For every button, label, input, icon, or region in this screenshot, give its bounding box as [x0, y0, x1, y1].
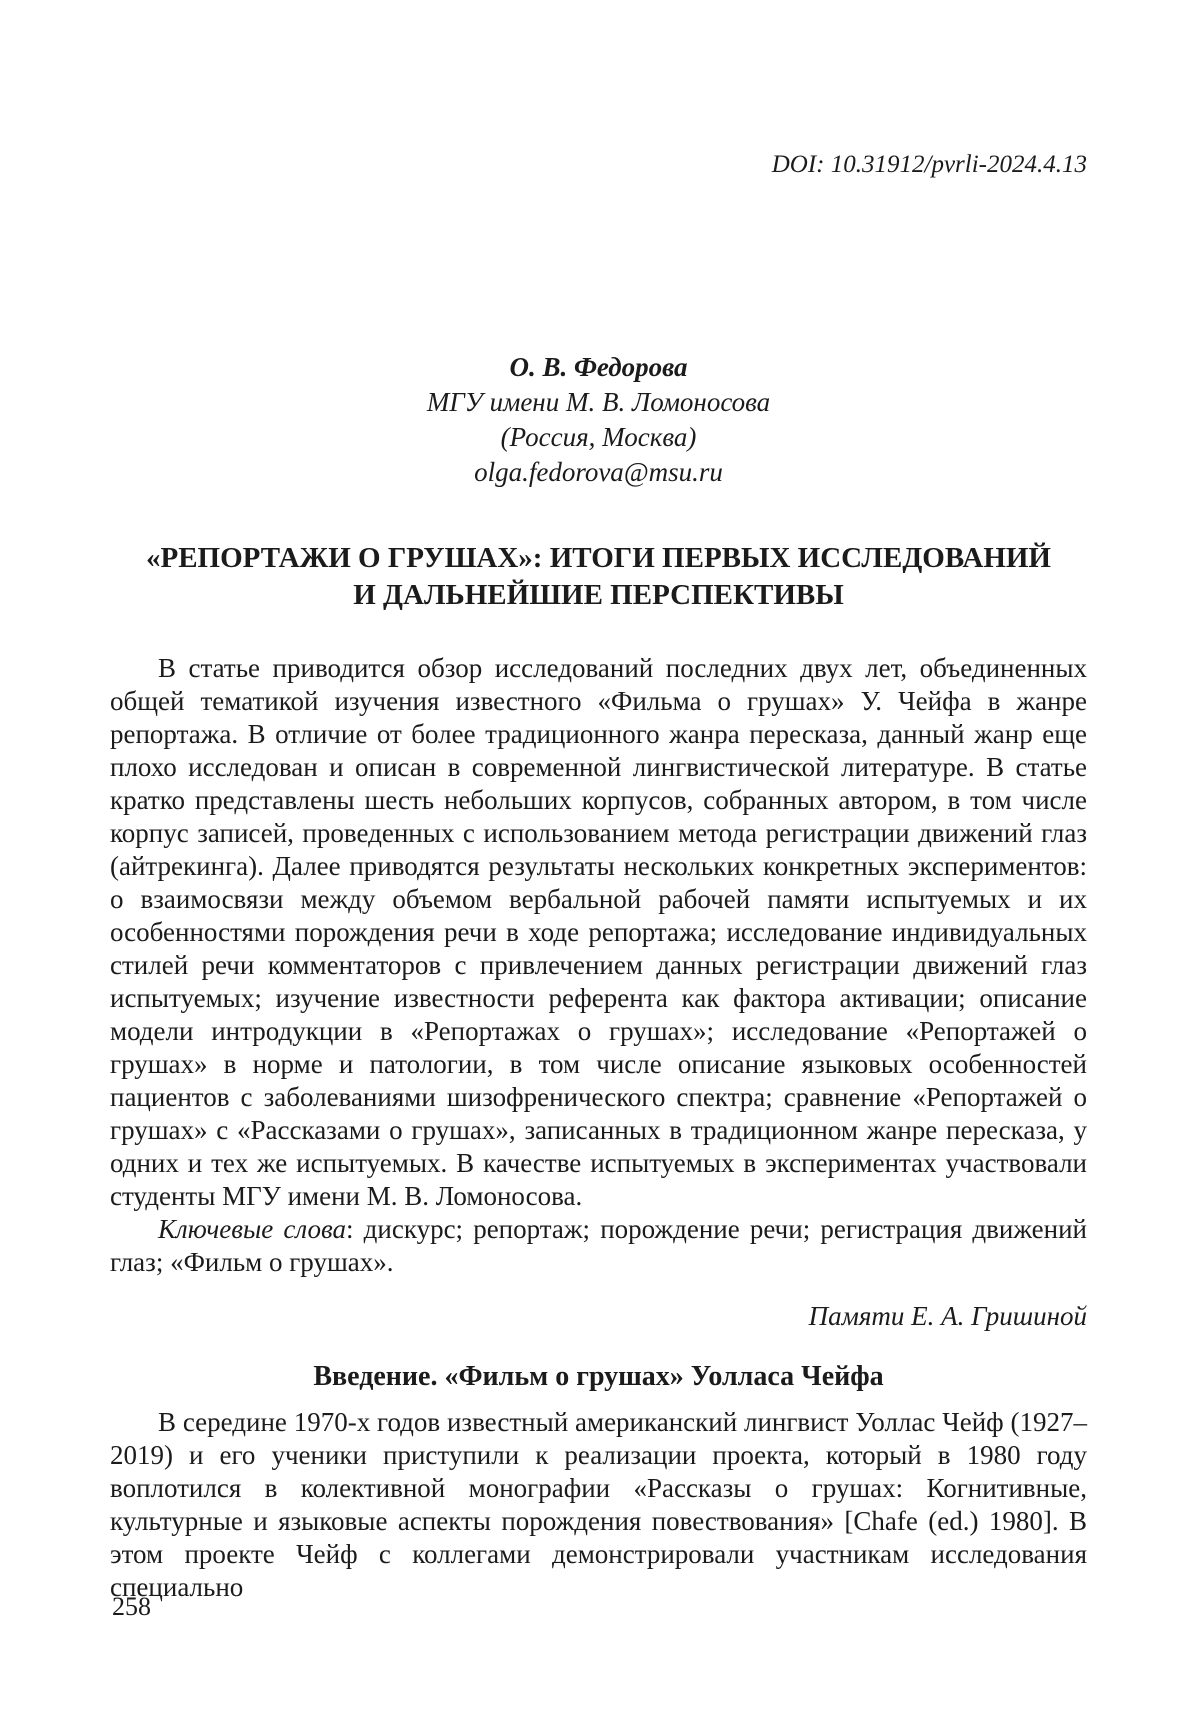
keywords-paragraph: Ключевые слова: дискурс; репортаж; порож… [110, 1213, 1087, 1279]
abstract-section: В статье приводится обзор исследований п… [110, 652, 1087, 1279]
section-heading: Введение. «Фильм о грушах» Уолласа Чейфа [110, 1360, 1087, 1394]
author-name: О. В. Федорова [110, 350, 1087, 385]
author-affiliation: МГУ имени М. В. Ломоносова [110, 385, 1087, 420]
author-location: (Россия, Москва) [110, 420, 1087, 455]
keywords-label: Ключевые слова [158, 1214, 346, 1244]
introduction-section: В середине 1970-х годов известный америк… [110, 1406, 1087, 1604]
intro-paragraph: В середине 1970-х годов известный америк… [110, 1406, 1087, 1604]
author-block: О. В. Федорова МГУ имени М. В. Ломоносов… [110, 350, 1087, 490]
article-title-line-1: «РЕПОРТАЖИ О ГРУШАХ»: ИТОГИ ПЕРВЫХ ИССЛЕ… [110, 540, 1087, 577]
document-page: DOI: 10.31912/pvrli-2024.4.13 О. В. Федо… [0, 0, 1200, 1710]
abstract-paragraph: В статье приводится обзор исследований п… [110, 652, 1087, 1213]
author-email: olga.fedorova@msu.ru [110, 455, 1087, 490]
page-number: 258 [112, 1592, 151, 1622]
dedication-line: Памяти Е. А. Гришиной [110, 1300, 1087, 1333]
doi-line: DOI: 10.31912/pvrli-2024.4.13 [110, 150, 1087, 180]
article-title-line-2: И ДАЛЬНЕЙШИЕ ПЕРСПЕКТИВЫ [110, 577, 1087, 614]
article-title: «РЕПОРТАЖИ О ГРУШАХ»: ИТОГИ ПЕРВЫХ ИССЛЕ… [110, 540, 1087, 614]
